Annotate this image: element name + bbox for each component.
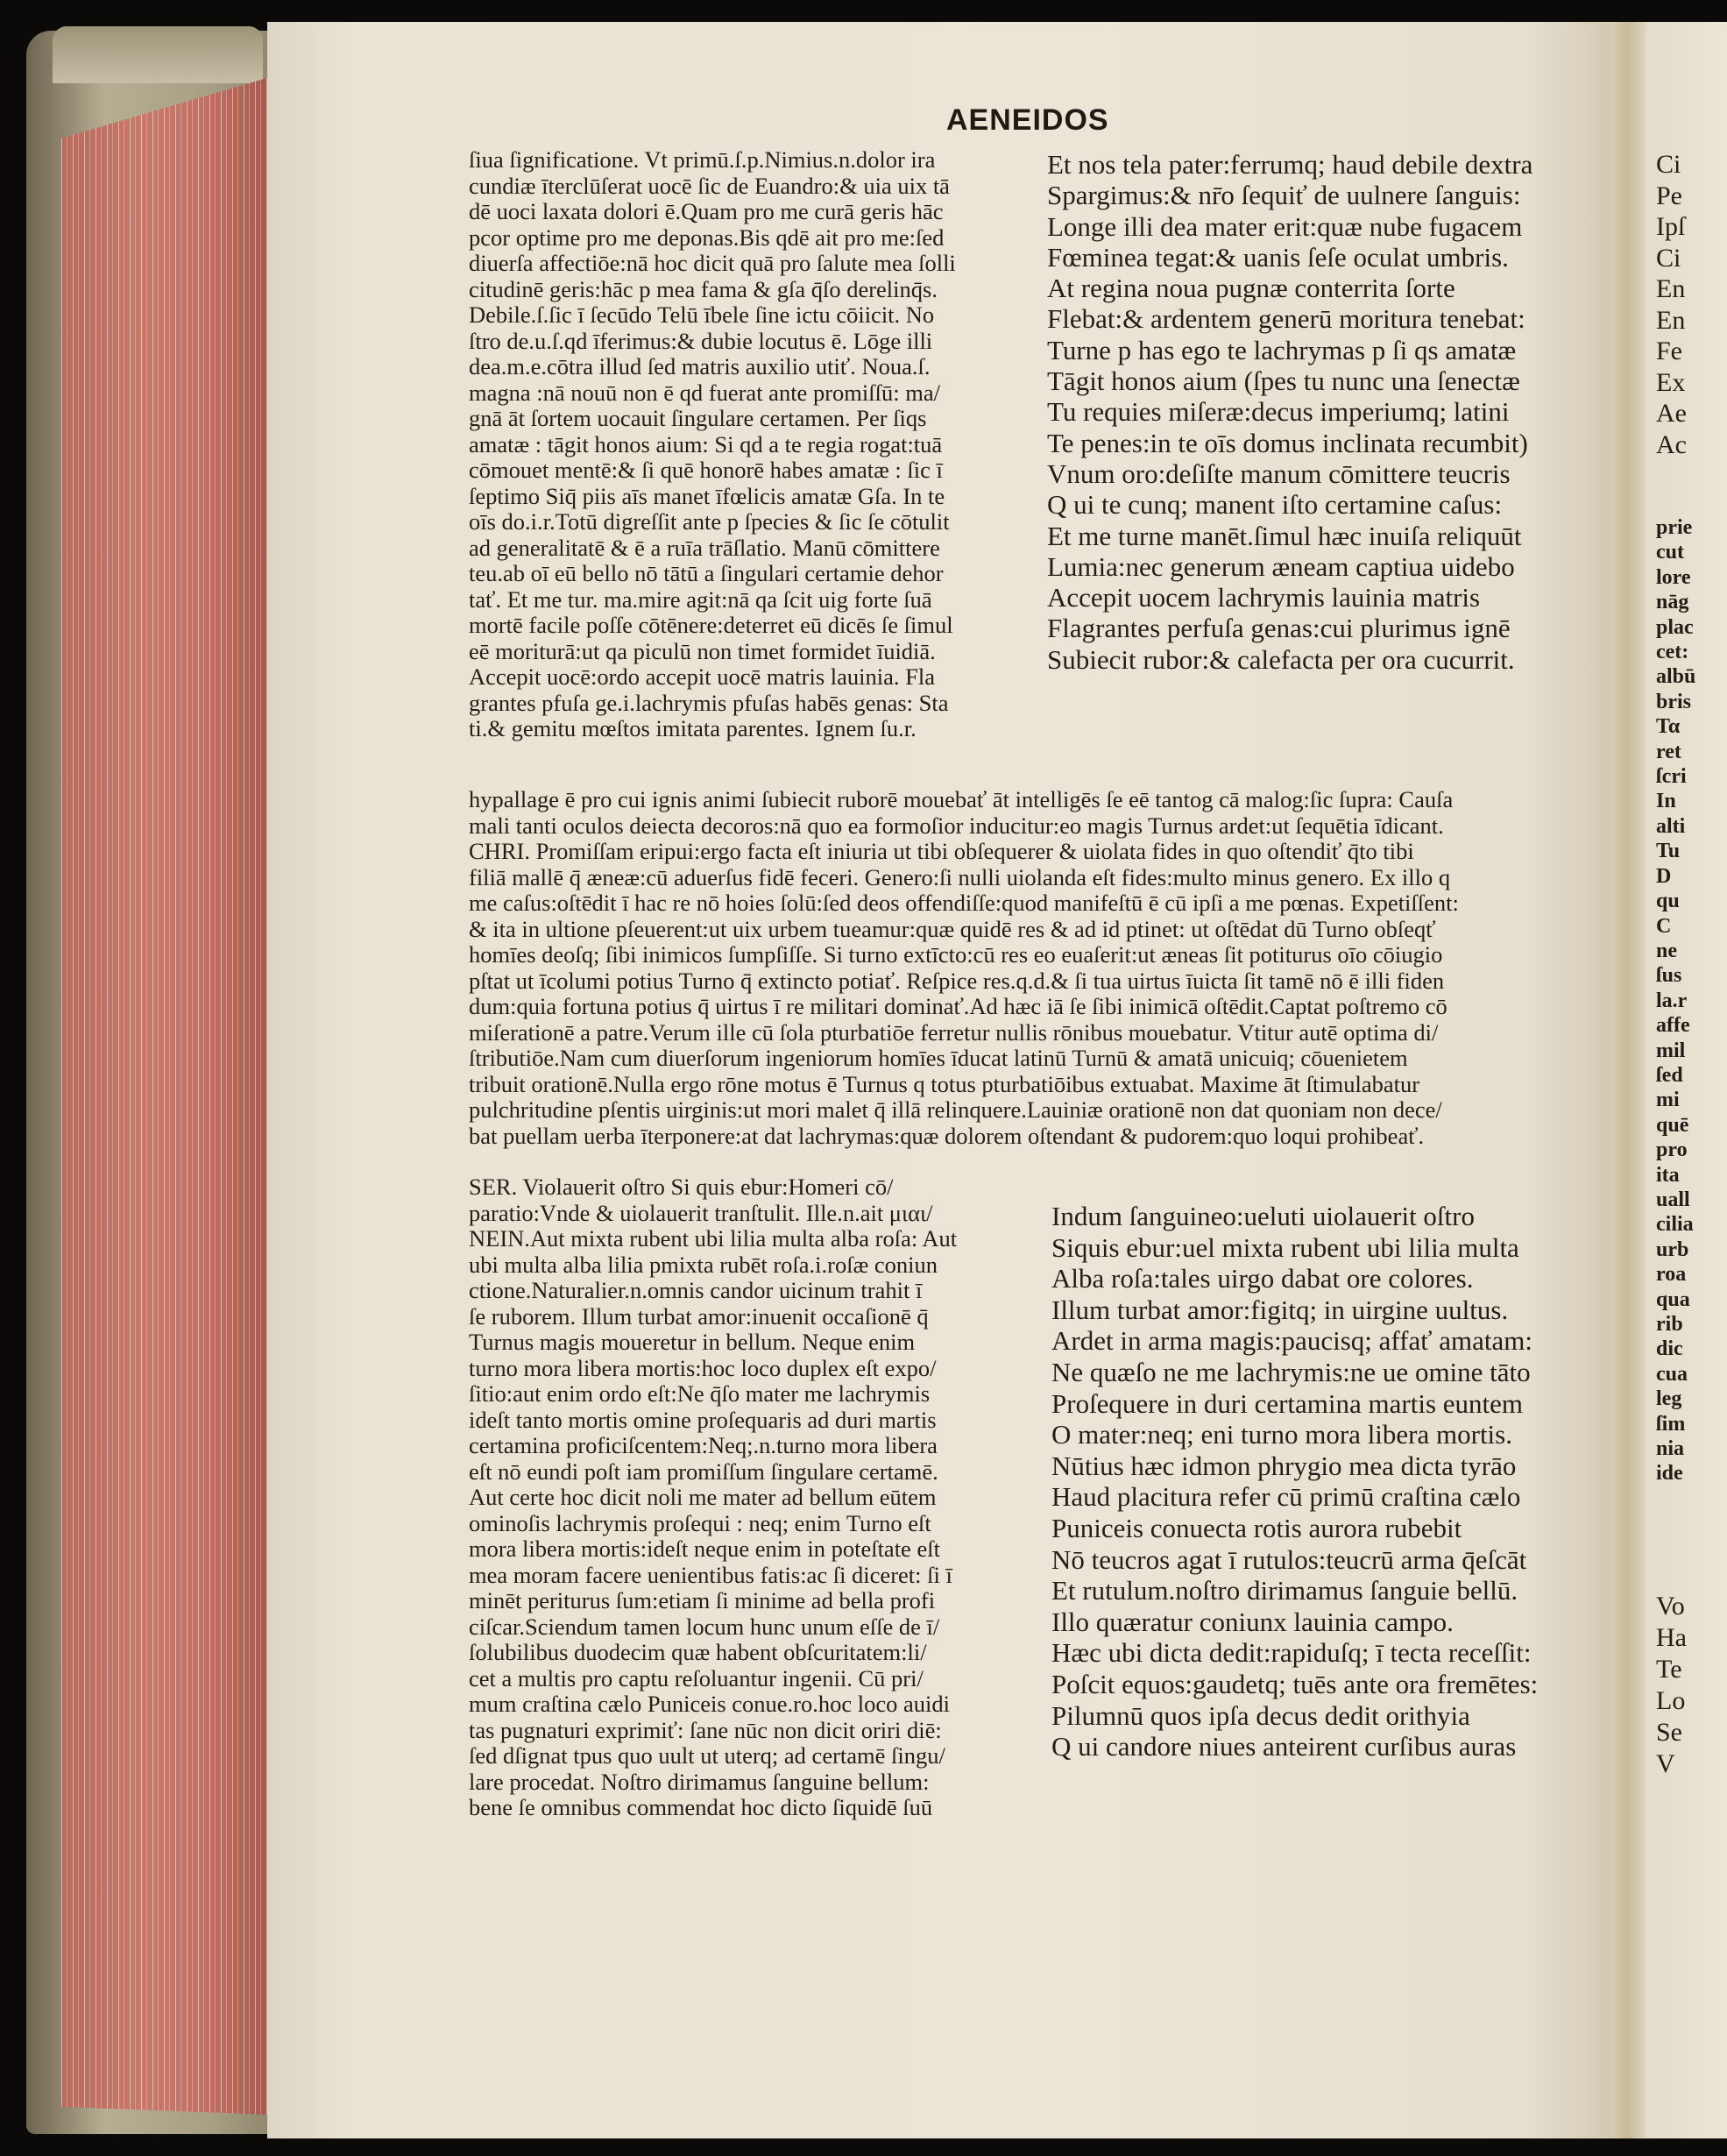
text-line: cua: [1656, 1362, 1695, 1387]
text-line: Et rutulum.noſtro dirimamus ſanguie bell…: [1051, 1575, 1538, 1606]
commentary-full-width: hypallage ē pro cui ignis animi ſubiecit…: [469, 787, 1459, 1149]
red-fore-edge: [61, 77, 270, 2115]
text-line: ſed dſignat tpus quo uult ut uterq; ad c…: [469, 1743, 957, 1769]
text-line: albū: [1656, 664, 1695, 689]
text-line: Siquis ebur:uel mixta rubent ubi lilia m…: [1051, 1232, 1538, 1264]
text-line: Fœminea tegat:& uanis ſeſe oculat umbris…: [1047, 242, 1532, 273]
text-line: ſed: [1656, 1063, 1695, 1088]
text-line: Τα: [1656, 714, 1695, 739]
text-line: Ne quæſo ne me lachrymis:ne ue omine tāt…: [1051, 1357, 1538, 1388]
text-line: grantes pfuſa ge.i.lachrymis pfuſas habē…: [469, 691, 956, 717]
text-line: affe: [1656, 1013, 1695, 1038]
text-line: urb: [1656, 1238, 1695, 1262]
text-line: leg: [1656, 1387, 1695, 1411]
text-line: bat puellam uerba īterponere:at dat lach…: [469, 1124, 1459, 1150]
text-line: magna :nā nouū non ē qd fuerat ante prom…: [469, 380, 956, 407]
right-verse-bottom: VoHaTeLoSeV: [1656, 1591, 1687, 1780]
text-line: qu: [1656, 889, 1695, 913]
text-line: O mater:neq; eni turno mora libera morti…: [1051, 1419, 1538, 1450]
text-line: Accepit uocem lachrymis lauinia matris: [1047, 582, 1532, 613]
text-line: Hæc ubi dicta dedit:rapiduſq; ī tecta re…: [1051, 1637, 1538, 1669]
text-line: Illo quæratur coniunx lauinia campo.: [1051, 1606, 1538, 1638]
text-line: Lumia:nec generum æneam captiua uidebo: [1047, 551, 1532, 582]
text-line: uall: [1656, 1188, 1695, 1212]
text-line: bris: [1656, 690, 1695, 714]
text-line: Ipſ: [1656, 211, 1687, 243]
text-line: Ci: [1656, 149, 1687, 181]
text-line: mi: [1656, 1088, 1695, 1112]
running-head: AENEIDOS: [946, 103, 1109, 138]
text-line: Alba roſa:tales uirgo dabat ore colores.: [1051, 1263, 1538, 1294]
text-line: mil: [1656, 1039, 1695, 1063]
text-line: tribuit orationē.Nulla ergo rōne motus ē…: [469, 1072, 1459, 1098]
text-line: ominoſis lachrymis proſequi : neq; enim …: [469, 1511, 957, 1537]
text-line: Nō teucros agat ī rutulos:teucrū arma q̄…: [1051, 1544, 1538, 1576]
text-line: la.r: [1656, 989, 1695, 1013]
text-line: rib: [1656, 1312, 1695, 1337]
text-line: mum craſtina cælo Puniceis conue.ro.hoc …: [469, 1691, 957, 1718]
text-line: Fe: [1656, 336, 1687, 367]
text-line: lare procedat. Noſtro dirimamus ſanguine…: [469, 1769, 957, 1796]
text-line: mea moram facere uenientibus fatis:ac ſi…: [469, 1563, 957, 1589]
text-line: filiā mallē q̄ æneæ:cū aduerſus fidē fec…: [469, 865, 1459, 891]
text-line: citudinē geris:hāc p mea fama & gſa q̄ſo…: [469, 277, 956, 303]
verse-top-column: Et nos tela pater:ferrumq; haud debile d…: [1047, 149, 1532, 675]
text-line: ctione.Naturalier.n.omnis candor uicinum…: [469, 1278, 957, 1304]
text-line: tať. Et me tur. ma.mire agit:nā qa ſcit …: [469, 587, 956, 613]
text-line: Se: [1656, 1717, 1687, 1748]
text-line: Pe: [1656, 181, 1687, 212]
text-line: amatæ : tāgit honos aium: Si qd a te reg…: [469, 432, 956, 458]
text-line: V: [1656, 1748, 1687, 1780]
text-line: C: [1656, 914, 1695, 939]
text-line: cet a multis pro captu reſoluantur ingen…: [469, 1666, 957, 1692]
text-line: Poſcit equos:gaudetq; tuēs ante ora frem…: [1051, 1669, 1538, 1700]
text-line: Ac: [1656, 429, 1687, 461]
text-line: Pilumnū quos ipſa decus dedit orithyia: [1051, 1700, 1538, 1732]
text-line: Tāgit honos aium (ſpes tu nunc una ſenec…: [1047, 365, 1532, 396]
text-line: dic: [1656, 1337, 1695, 1361]
text-line: ſiua ſignificatione. Vt primū.ſ.p.Nimius…: [469, 147, 956, 174]
text-line: Subiecit rubor:& calefacta per ora cucur…: [1047, 644, 1532, 675]
verse-bottom-column: Indum ſanguineo:ueluti uiolauerit oſtroS…: [1051, 1201, 1538, 1762]
text-line: Ex: [1656, 367, 1687, 399]
text-line: cilia: [1656, 1212, 1695, 1237]
text-line: cundiæ īterclūſerat uocē ſic de Euandro:…: [469, 174, 956, 200]
text-line: turno mora libera mortis:hoc loco duplex…: [469, 1356, 957, 1382]
text-line: Te: [1656, 1654, 1687, 1685]
text-line: ti.& gemitu mœſtos imitata parentes. Ign…: [469, 716, 956, 742]
text-line: certamina proficiſcentem:Neq;.n.turno mo…: [469, 1433, 957, 1459]
text-line: lore: [1656, 565, 1695, 590]
text-line: Ha: [1656, 1622, 1687, 1654]
text-line: Indum ſanguineo:ueluti uiolauerit oſtro: [1051, 1201, 1538, 1232]
text-line: ſtro de.u.ſ.qd īferimus:& dubie locutus …: [469, 329, 956, 355]
text-line: ita: [1656, 1163, 1695, 1188]
text-line: ſim: [1656, 1412, 1695, 1436]
text-line: & ita in ultione pſeuerent:ut uix urbem …: [469, 917, 1459, 943]
text-line: Illum turbat amor:figitq; in uirgine uul…: [1051, 1294, 1538, 1326]
text-line: CHRI. Promiſſam eripui:ergo facta eſt in…: [469, 839, 1459, 865]
text-line: En: [1656, 273, 1687, 305]
text-line: cet:: [1656, 640, 1695, 664]
text-line: hypallage ē pro cui ignis animi ſubiecit…: [469, 787, 1459, 813]
text-line: Turnus magis moueretur in bellum. Neque …: [469, 1330, 957, 1356]
text-line: Lo: [1656, 1685, 1687, 1717]
text-line: bene ſe omnibus commendat hoc dicto ſiqu…: [469, 1795, 957, 1821]
right-commentary: priecutlorenāgplaccet:albūbrisΤαretſcri …: [1656, 515, 1695, 1486]
text-line: me caſus:oſtēdit ī hac re nō hoies ſolū:…: [469, 890, 1459, 917]
right-page-fragment: CiPeIpſCiEnEnFeExAeAc priecutlorenāgplac…: [1646, 22, 1727, 2138]
text-line: ſe ruborem. Illum turbat amor:inuenit oc…: [469, 1304, 957, 1330]
text-line: Tu: [1656, 839, 1695, 863]
text-line: eē moriturā:ut qa piculū non timet formi…: [469, 639, 956, 665]
text-line: Accepit uocē:ordo accepit uocē matris la…: [469, 664, 956, 691]
text-line: prie: [1656, 515, 1695, 540]
text-line: dum:quia fortuna potius q̄ uirtus ī re m…: [469, 994, 1459, 1020]
text-line: Et me turne manēt.ſimul hæc inuiſa reliq…: [1047, 521, 1532, 551]
text-line: oīs do.i.r.Totū digreſſit ante p ſpecies…: [469, 509, 956, 535]
text-line: ne: [1656, 939, 1695, 963]
text-line: Puniceis conuecta rotis aurora rubebit: [1051, 1513, 1538, 1544]
text-line: At regina noua pugnæ conterrita ſorte: [1047, 273, 1532, 303]
text-line: Vo: [1656, 1591, 1687, 1622]
text-line: diuerſa affectiōe:nā hoc dicit quā pro ſ…: [469, 251, 956, 277]
text-line: alti: [1656, 814, 1695, 839]
text-line: ſus: [1656, 963, 1695, 988]
commentary-bottom-column: SER. Violauerit oſtro Si quis ebur:Homer…: [469, 1174, 957, 1821]
text-line: Aut certe hoc dicit noli me mater ad bel…: [469, 1485, 957, 1511]
text-line: pulchritudine pſentis uirginis:ut mori m…: [469, 1097, 1459, 1124]
text-line: paratio:Vnde & uiolauerit tranſtulit. Il…: [469, 1201, 957, 1227]
text-line: nāg: [1656, 590, 1695, 614]
text-line: Flebat:& ardentem generū moritura teneba…: [1047, 303, 1532, 334]
commentary-top-column: ſiua ſignificatione. Vt primū.ſ.p.Nimius…: [469, 147, 956, 742]
text-line: qua: [1656, 1287, 1695, 1312]
text-line: Et nos tela pater:ferrumq; haud debile d…: [1047, 149, 1532, 180]
text-line: ſolubilibus duodecim quæ habent obſcurit…: [469, 1640, 957, 1666]
text-line: Turne p has ego te lachrymas p ſi qs ama…: [1047, 335, 1532, 365]
text-line: Proſequere in duri certamina martis eunt…: [1051, 1388, 1538, 1420]
text-line: Ae: [1656, 398, 1687, 429]
text-line: ad generalitatē & ē a ruīa trāſlatio. Ma…: [469, 535, 956, 562]
text-line: tas pugnaturi exprimiť: ſane nūc non dic…: [469, 1718, 957, 1744]
text-line: roa: [1656, 1262, 1695, 1287]
text-line: Ci: [1656, 243, 1687, 274]
book-gutter: [1610, 22, 1646, 2138]
text-line: dea.m.e.cōtra illud ſed matris auxilio u…: [469, 354, 956, 380]
text-line: In: [1656, 789, 1695, 813]
text-line: D: [1656, 864, 1695, 889]
text-line: mora libera mortis:ideſt neque enim in p…: [469, 1536, 957, 1563]
text-line: Te penes:in te oīs domus inclinata recum…: [1047, 428, 1532, 458]
right-verse-top: CiPeIpſCiEnEnFeExAeAc: [1656, 149, 1687, 460]
text-line: ide: [1656, 1461, 1695, 1486]
text-line: Flagrantes perfuſa genas:cui plurimus ig…: [1047, 613, 1532, 643]
text-line: Haud placitura refer cū primū craſtina c…: [1051, 1481, 1538, 1513]
text-line: eſt nō eundi poſt iam promiſſum ſingular…: [469, 1459, 957, 1486]
text-line: Q ui te cunq; manent iſto certamine caſu…: [1047, 489, 1532, 520]
text-line: Vnum oro:deſiſte manum cōmittere teucris: [1047, 458, 1532, 489]
text-line: ret: [1656, 740, 1695, 764]
text-line: homīes deoſq; ſibi inimicos ſumpſiſſe. S…: [469, 942, 1459, 968]
text-line: dē uoci laxata dolori ē.Quam pro me curā…: [469, 199, 956, 225]
text-line: Q ui candore niues anteirent curſibus au…: [1051, 1731, 1538, 1762]
text-line: ciſcar.Sciendum tamen locum hunc unum eſ…: [469, 1614, 957, 1641]
text-line: mali tanti oculos deiecta decoros:nā quo…: [469, 813, 1459, 840]
book-cover-top-edge: [53, 26, 263, 83]
text-line: teu.ab oī eū bello nō tātū a ſingulari c…: [469, 561, 956, 587]
text-line: minēt periturus ſum:etiam ſi minime ad b…: [469, 1588, 957, 1614]
text-line: ſcri: [1656, 764, 1695, 789]
text-line: pro: [1656, 1138, 1695, 1162]
text-line: miſerationē a patre.Verum ille cū ſola p…: [469, 1020, 1459, 1046]
text-line: cut: [1656, 540, 1695, 564]
text-line: Debile.ſ.ſic ī ſecūdo Telū ībele ſine ic…: [469, 302, 956, 329]
text-line: En: [1656, 305, 1687, 337]
text-line: Spargimus:& nr̄o ſequiť de uulnere ſangu…: [1047, 180, 1532, 210]
text-line: Nūtius hæc idmon phrygio mea dicta tyrāo: [1051, 1450, 1538, 1482]
text-line: ſitio:aut enim ordo eſt:Ne q̄ſo mater me…: [469, 1381, 957, 1408]
text-line: ſeptimo Siq̄ piis aīs manet īfœlicis ama…: [469, 484, 956, 510]
text-line: pſtat ut īcolumi potius Turno q̄ extinct…: [469, 968, 1459, 995]
text-line: nia: [1656, 1436, 1695, 1461]
text-line: Tu requies miſeræ:decus imperiumq; latin…: [1047, 396, 1532, 427]
text-line: cōmouet mentē:& ſi quē honorē habes amat…: [469, 457, 956, 484]
text-line: mortē facile poſſe cōtēnere:deterret eū …: [469, 613, 956, 639]
text-line: pcor optime pro me deponas.Bis qdē ait p…: [469, 225, 956, 252]
text-line: Ardet in arma magis:paucisq; affať amata…: [1051, 1325, 1538, 1357]
text-line: ſtributiōe.Nam cum diuerſorum ingeniorum…: [469, 1046, 1459, 1072]
text-line: SER. Violauerit oſtro Si quis ebur:Homer…: [469, 1174, 957, 1201]
text-line: plac: [1656, 615, 1695, 640]
text-line: ubi multa alba lilia pmixta rubēt roſa.i…: [469, 1252, 957, 1279]
text-line: NEIN.Aut mixta rubent ubi lilia multa al…: [469, 1226, 957, 1252]
text-line: ideſt tanto mortis omine proſequaris ad …: [469, 1408, 957, 1434]
text-line: quē: [1656, 1113, 1695, 1138]
text-line: gnā āt ſortem uocauit ſingulare certamen…: [469, 406, 956, 432]
text-line: Longe illi dea mater erit:quæ nube fugac…: [1047, 211, 1532, 242]
